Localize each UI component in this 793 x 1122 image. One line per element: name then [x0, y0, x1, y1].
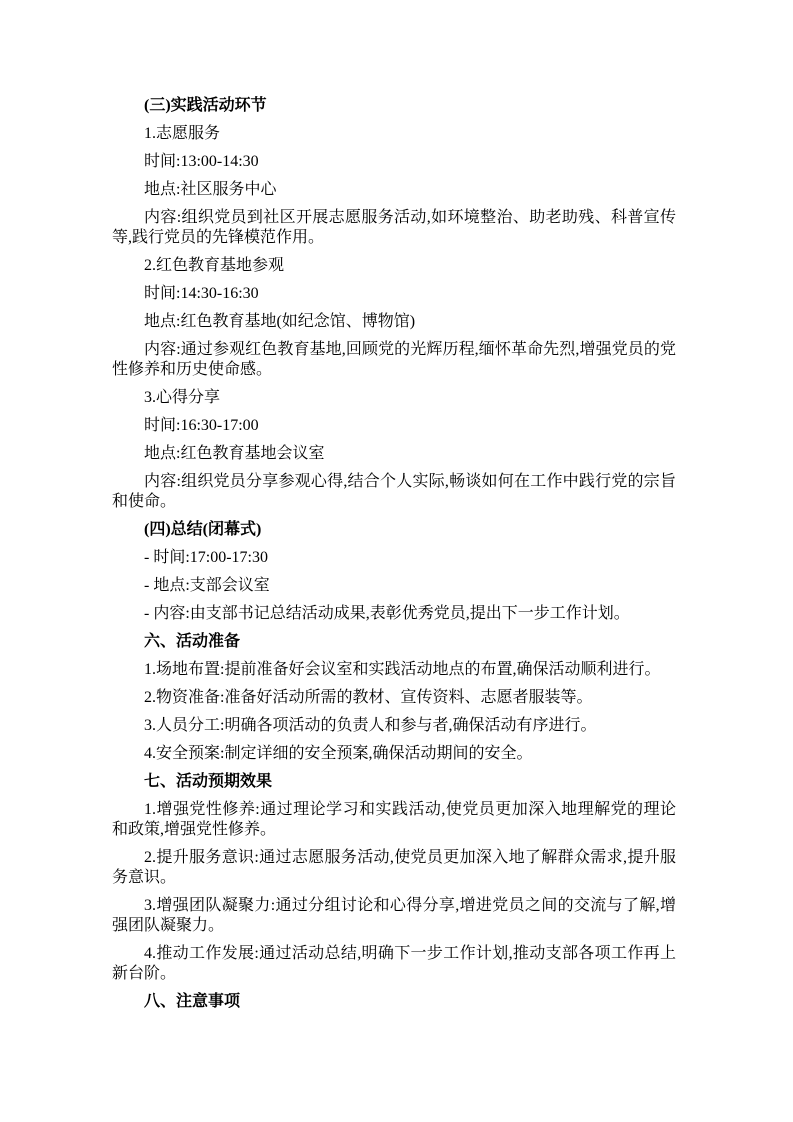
paragraph: - 地点:支部会议室 — [112, 576, 676, 596]
document-page: (三)实践活动环节1.志愿服务时间:13:00-14:30地点:社区服务中心内容… — [0, 0, 793, 1122]
paragraph: 4.推动工作发展:通过活动总结,明确下一步工作计划,推动支部各项工作再上新台阶。 — [112, 944, 676, 984]
paragraph: 1.增强党性修养:通过理论学习和实践活动,使党员更加深入地理解党的理论和政策,增… — [112, 800, 676, 840]
section-heading: (三)实践活动环节 — [112, 96, 676, 116]
paragraph: 内容:组织党员分享参观心得,结合个人实际,畅谈如何在工作中践行党的宗旨和使命。 — [112, 472, 676, 512]
paragraph: 1.志愿服务 — [112, 124, 676, 144]
section-heading: 八、注意事项 — [112, 992, 676, 1012]
paragraph: 3.心得分享 — [112, 388, 676, 408]
paragraph: - 时间:17:00-17:30 — [112, 548, 676, 568]
paragraph: 2.提升服务意识:通过志愿服务活动,使党员更加深入地了解群众需求,提升服务意识。 — [112, 848, 676, 888]
paragraph: 2.物资准备:准备好活动所需的教材、宣传资料、志愿者服装等。 — [112, 688, 676, 708]
paragraph: 地点:红色教育基地(如纪念馆、博物馆) — [112, 312, 676, 332]
paragraph: 4.安全预案:制定详细的安全预案,确保活动期间的安全。 — [112, 744, 676, 764]
paragraph: 时间:14:30-16:30 — [112, 284, 676, 304]
paragraph: 内容:组织党员到社区开展志愿服务活动,如环境整治、助老助残、科普宣传等,践行党员… — [112, 208, 676, 248]
paragraph: 时间:13:00-14:30 — [112, 152, 676, 172]
paragraph: 地点:红色教育基地会议室 — [112, 444, 676, 464]
paragraph: - 内容:由支部书记总结活动成果,表彰优秀党员,提出下一步工作计划。 — [112, 604, 676, 624]
paragraph: 时间:16:30-17:00 — [112, 416, 676, 436]
paragraph: 3.人员分工:明确各项活动的负责人和参与者,确保活动有序进行。 — [112, 716, 676, 736]
paragraph: 地点:社区服务中心 — [112, 180, 676, 200]
paragraph: 2.红色教育基地参观 — [112, 256, 676, 276]
document-body: (三)实践活动环节1.志愿服务时间:13:00-14:30地点:社区服务中心内容… — [112, 96, 676, 1012]
paragraph: 3.增强团队凝聚力:通过分组讨论和心得分享,增进党员之间的交流与了解,增强团队凝… — [112, 896, 676, 936]
section-heading: 七、活动预期效果 — [112, 772, 676, 792]
section-heading: (四)总结(闭幕式) — [112, 520, 676, 540]
paragraph: 内容:通过参观红色教育基地,回顾党的光辉历程,缅怀革命先烈,增强党员的党性修养和… — [112, 340, 676, 380]
section-heading: 六、活动准备 — [112, 632, 676, 652]
paragraph: 1.场地布置:提前准备好会议室和实践活动地点的布置,确保活动顺利进行。 — [112, 660, 676, 680]
